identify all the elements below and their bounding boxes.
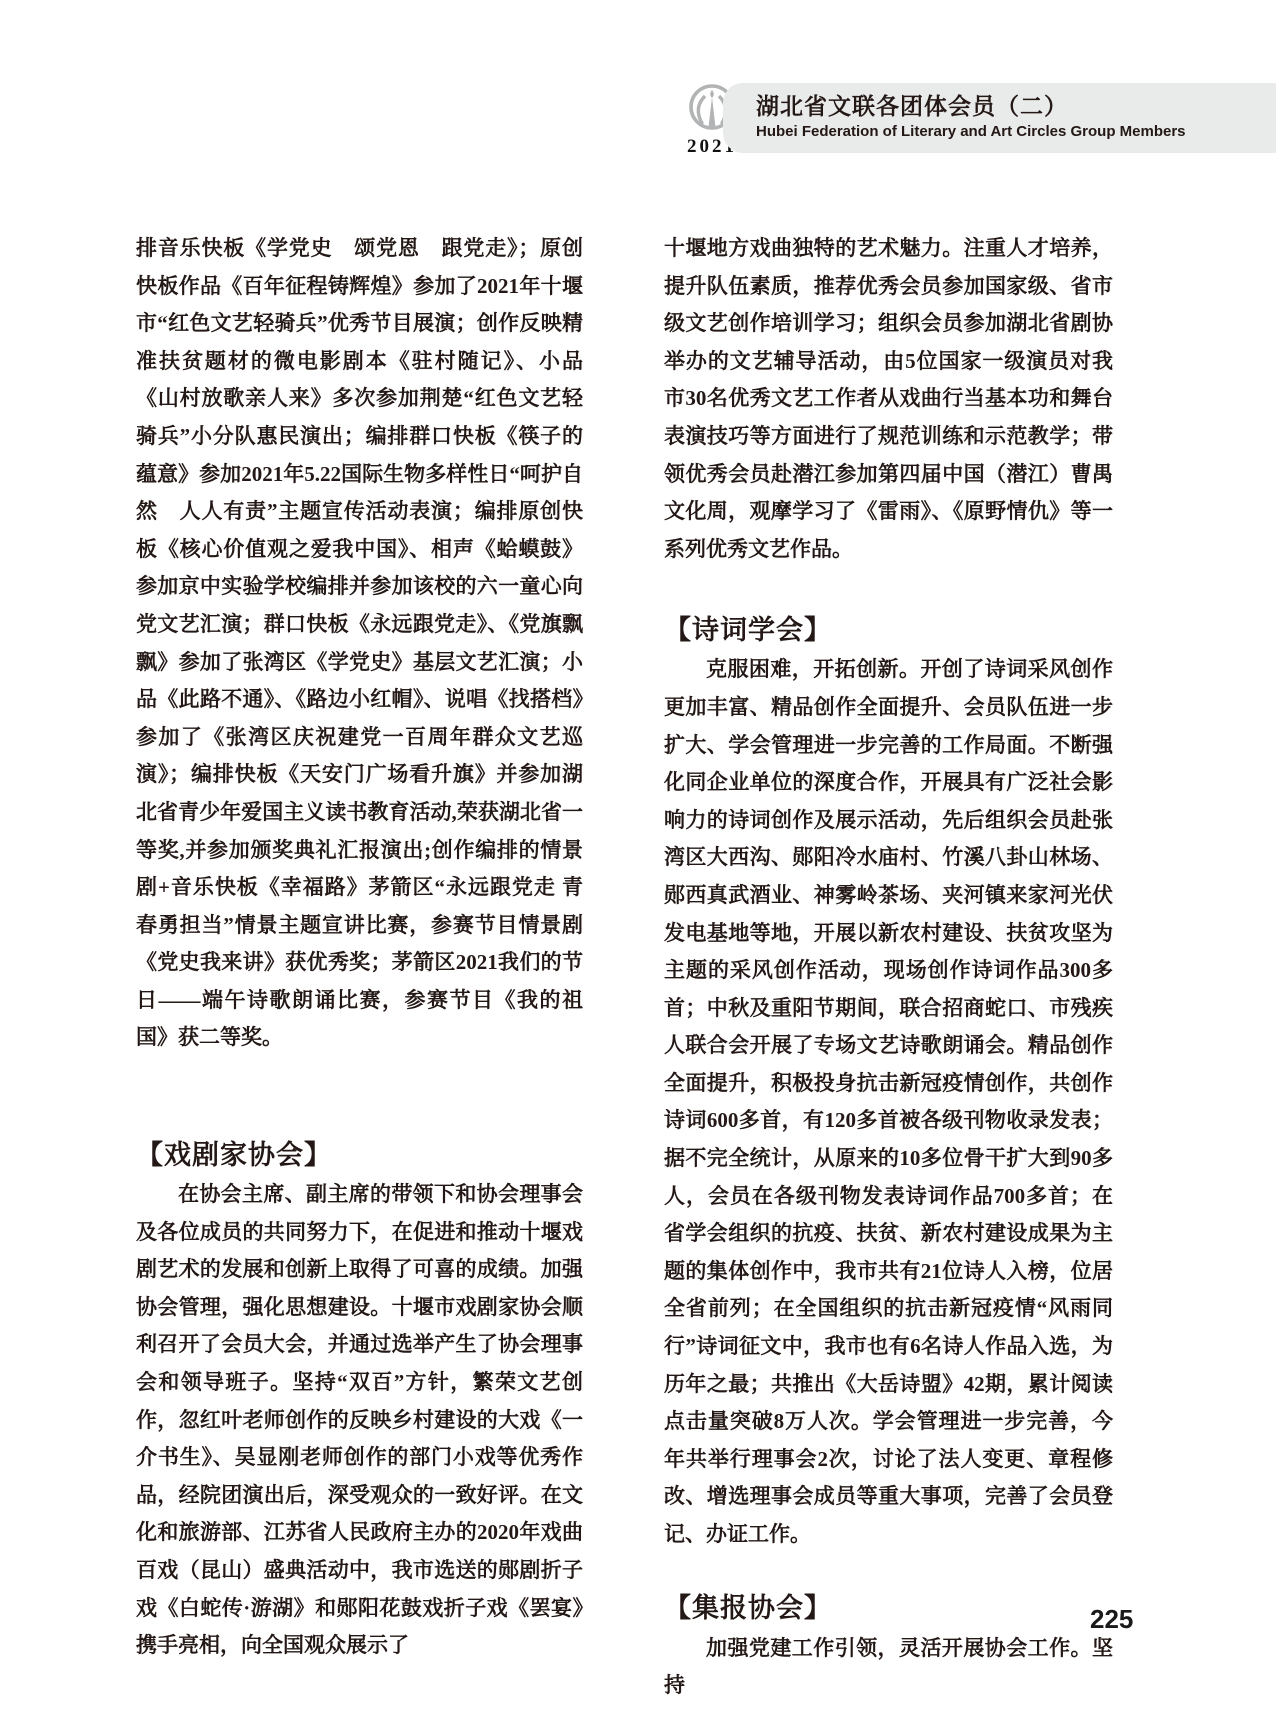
- continuation-paragraph-quyi: 排音乐快板《学党史 颂党恩 跟党走》；原创快板作品《百年征程铸辉煌》参加了202…: [136, 230, 583, 1057]
- paragraph-poetry-society: 克服困难，开拓创新。开创了诗词采风创作更加丰富、精品创作全面提升、会员队伍进一步…: [664, 651, 1113, 1553]
- page-number: 225: [1090, 1604, 1133, 1635]
- paragraph-newspaper-collection-association: 加强党建工作引领，灵活开展协会工作。坚持: [664, 1630, 1113, 1705]
- header-band: 湖北省文联各团体会员（二） Hubei Federation of Litera…: [723, 83, 1276, 153]
- left-column: 排音乐快板《学党史 颂党恩 跟党走》；原创快板作品《百年征程铸辉煌》参加了202…: [136, 230, 583, 1665]
- page-title-english: Hubei Federation of Literary and Art Cir…: [756, 122, 1276, 141]
- right-column: 十堰地方戏曲独特的艺术魅力。注重人才培养，提升队伍素质，推荐优秀会员参加国家级、…: [664, 230, 1113, 1705]
- continuation-paragraph-drama: 十堰地方戏曲独特的艺术魅力。注重人才培养，提升队伍素质，推荐优秀会员参加国家级、…: [664, 230, 1113, 568]
- section-heading-poetry-society: 【诗词学会】: [664, 615, 1113, 645]
- document-page: 2021 湖北省文联各团体会员（二） Hubei Federation of L…: [0, 0, 1276, 1719]
- section-heading-newspaper-collection-association: 【集报协会】: [664, 1593, 1113, 1623]
- paragraph-drama-association: 在协会主席、副主席的带领下和协会理事会及各位成员的共同努力下，在促进和推动十堰戏…: [136, 1176, 583, 1665]
- page-title: 湖北省文联各团体会员（二）: [756, 92, 1276, 120]
- section-heading-drama-association: 【戏剧家协会】: [136, 1140, 583, 1170]
